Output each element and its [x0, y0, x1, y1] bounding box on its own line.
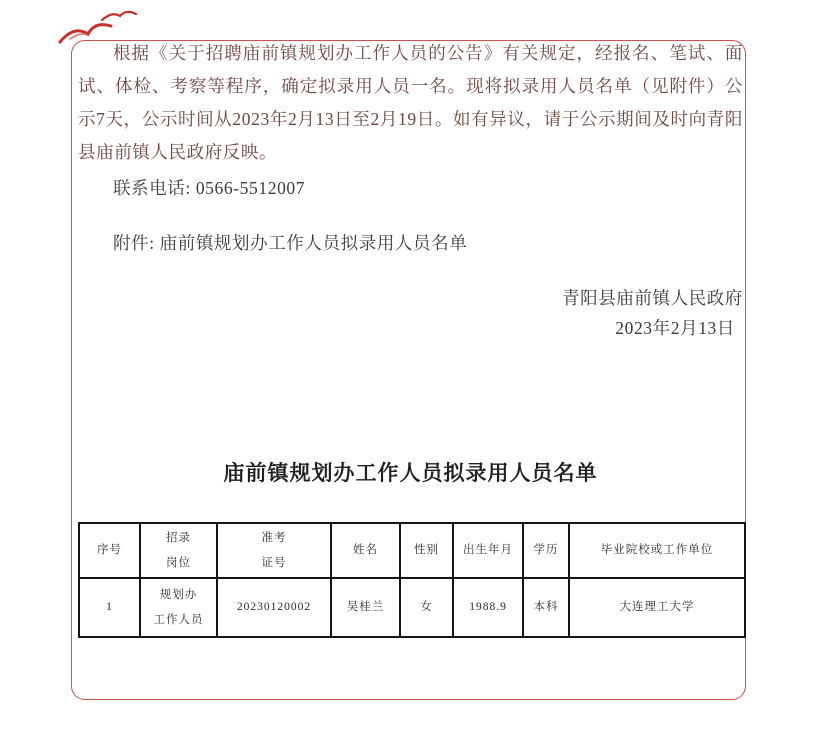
cell-school: 大连理工大学: [569, 578, 745, 637]
column-header-birth: 出生年月: [453, 523, 523, 578]
issue-date: 2023年2月13日: [78, 312, 743, 345]
cell-education: 本科: [523, 578, 569, 637]
cell-gender: 女: [400, 578, 453, 637]
column-header-ticket: 准考 证号: [217, 523, 331, 578]
attachment-line: 附件: 庙前镇规划办工作人员拟录用人员名单: [78, 227, 743, 260]
cell-index: 1: [79, 578, 140, 637]
table-row: 1 规划办 工作人员 20230120002 吴桂兰 女 1988.9 本科 大…: [79, 578, 745, 637]
cell-ticket-number: 20230120002: [217, 578, 331, 637]
column-header-index: 序号: [79, 523, 140, 578]
table-header-row: 序号 招录 岗位 准考 证号 姓名 性别 出生年月 学历 毕业院校或工作单位: [79, 523, 745, 578]
birds-logo-icon: [56, 6, 140, 54]
announcement-page: 根据《关于招聘庙前镇规划办工作人员的公告》有关规定，经报名、笔试、面试、体检、考…: [0, 0, 819, 748]
cell-position: 规划办 工作人员: [140, 578, 217, 637]
column-header-school: 毕业院校或工作单位: [569, 523, 745, 578]
cell-birth-date: 1988.9: [453, 578, 523, 637]
issuer-signature: 青阳县庙前镇人民政府: [78, 282, 743, 315]
roster-table-title: 庙前镇规划办工作人员拟录用人员名单: [78, 458, 743, 488]
column-header-name: 姓名: [331, 523, 400, 578]
announcement-paragraph: 根据《关于招聘庙前镇规划办工作人员的公告》有关规定，经报名、笔试、面试、体检、考…: [78, 37, 743, 169]
column-header-education: 学历: [523, 523, 569, 578]
column-header-gender: 性别: [400, 523, 453, 578]
cell-name: 吴桂兰: [331, 578, 400, 637]
candidate-roster-table: 序号 招录 岗位 准考 证号 姓名 性别 出生年月 学历 毕业院校或工作单位 1…: [78, 522, 746, 638]
contact-phone-line: 联系电话: 0566-5512007: [78, 172, 743, 205]
column-header-position: 招录 岗位: [140, 523, 217, 578]
